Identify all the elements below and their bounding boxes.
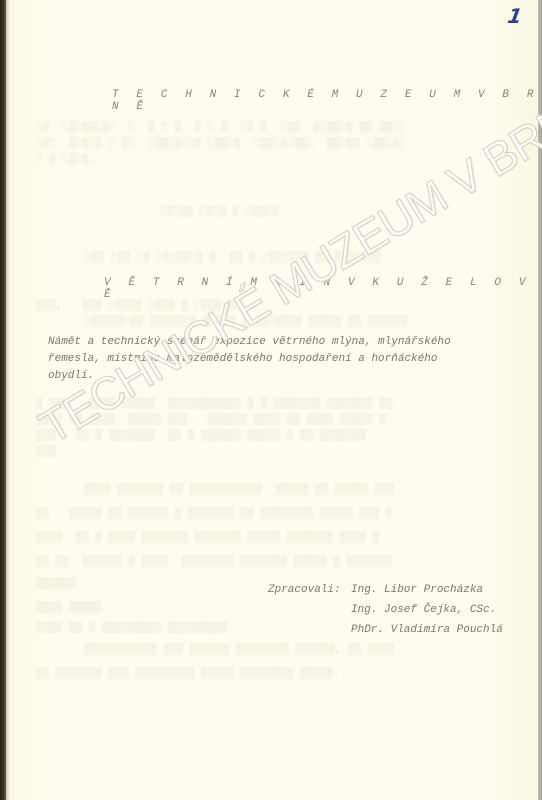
- bleed-through-text: ░▒░▒▒ ░▒░▒ ▒ ░▒▒░▒: [160, 206, 279, 218]
- page-number: 1: [506, 4, 524, 28]
- authors-block: Zpracovali: Ing. Libor Procházka Ing. Jo…: [268, 580, 503, 640]
- bleed-through-text: ▒▒▒▒ ▒▒▒▒▒▒▒ ▒▒ ▒▒▒▒▒▒▒▒▒▒▒ ▒▒▒▒▒ ▒▒ ▒▒▒…: [84, 484, 394, 496]
- prepared-by-label: Zpracovali:: [268, 580, 351, 600]
- author-name: Ing. Josef Čejka, CSc.: [351, 600, 496, 620]
- bleed-through-text: ░ ▒ ░▒░▒.: [36, 154, 95, 166]
- institution-header: T E C H N I C K É M U Z E U M V B R N Ě: [112, 89, 542, 113]
- bleed-through-text: ▒▒▒▒ ▒▒ ▒ ▒▒▒▒▒▒▒▒▒ ▒▒▒▒▒▒▒▒▒.: [36, 622, 234, 634]
- bleed-through-text: ▒▒▒▒ ▒▒▒▒▒: [36, 602, 102, 614]
- author-name: PhDr. Vladimíra Pouchlá: [351, 620, 503, 640]
- bleed-through-text: ▒▒▒▒▒▒▒▒▒▒▒ ▒▒▒ ▒▒▒▒▒▒ ▒▒▒▒▒▒▒▒ ▒▒▒▒▒▒, …: [84, 644, 394, 656]
- bleed-through-text: ▒▒ ▒▒▒▒▒ ▒▒ ▒▒▒▒▒▒ ▒ ▒▒▒▒▒▒▒ ▒▒ ▒▒▒▒▒▒▒▒…: [36, 508, 392, 520]
- subtitle-line: Námět a technický scénář expozice větrné…: [48, 334, 498, 351]
- bleed-through-text: ▒▒▒▒▒▒: [36, 578, 76, 590]
- document-page: ░▒ ░▒░▒▒░▒░ ░ ▒ ░ ▒ ▒ ░ ▒ ░▒ ▒ ░▒▒ ▒░▒▒░…: [0, 0, 542, 800]
- bleed-through-text: ░▒ ░▒░▒▒░▒░ ░ ▒ ░ ▒ ▒ ░ ▒ ░▒ ▒ ░▒▒ ▒░▒▒░…: [36, 122, 406, 134]
- page-left-shadow: [6, 0, 10, 800]
- bleed-through-text: ▒▒ ▒▒▒▒▒▒▒ ▒▒▒ ▒▒▒▒▒▒▒▒▒ ▒▒▒▒▒ ▒▒▒▒▒▒▒▒ …: [36, 668, 340, 680]
- bleed-through-text: ▒▒ ▒▒ ▒▒▒▒▒▒ ▒ ▒▒▒▒ ▒▒▒▒▒▒▒▒ ▒▒▒▒▒▒▒ ▒▒▒…: [36, 556, 392, 568]
- bleed-through-text: ▒▒▒▒ ▒▒ ▒ ▒▒▒▒ ▒▒▒▒▒▒▒ ▒▒▒▒▒▒▒ ▒▒▒▒▒ ▒▒▒…: [36, 532, 379, 544]
- author-name: Ing. Libor Procházka: [351, 580, 483, 600]
- bleed-through-text: ░▒░ ▒░▒░▒ ░ ▒░ ░▒▒░▒░░▒ ░▒▒░▒ ░▒▒░▒░▒▒░ …: [36, 138, 406, 150]
